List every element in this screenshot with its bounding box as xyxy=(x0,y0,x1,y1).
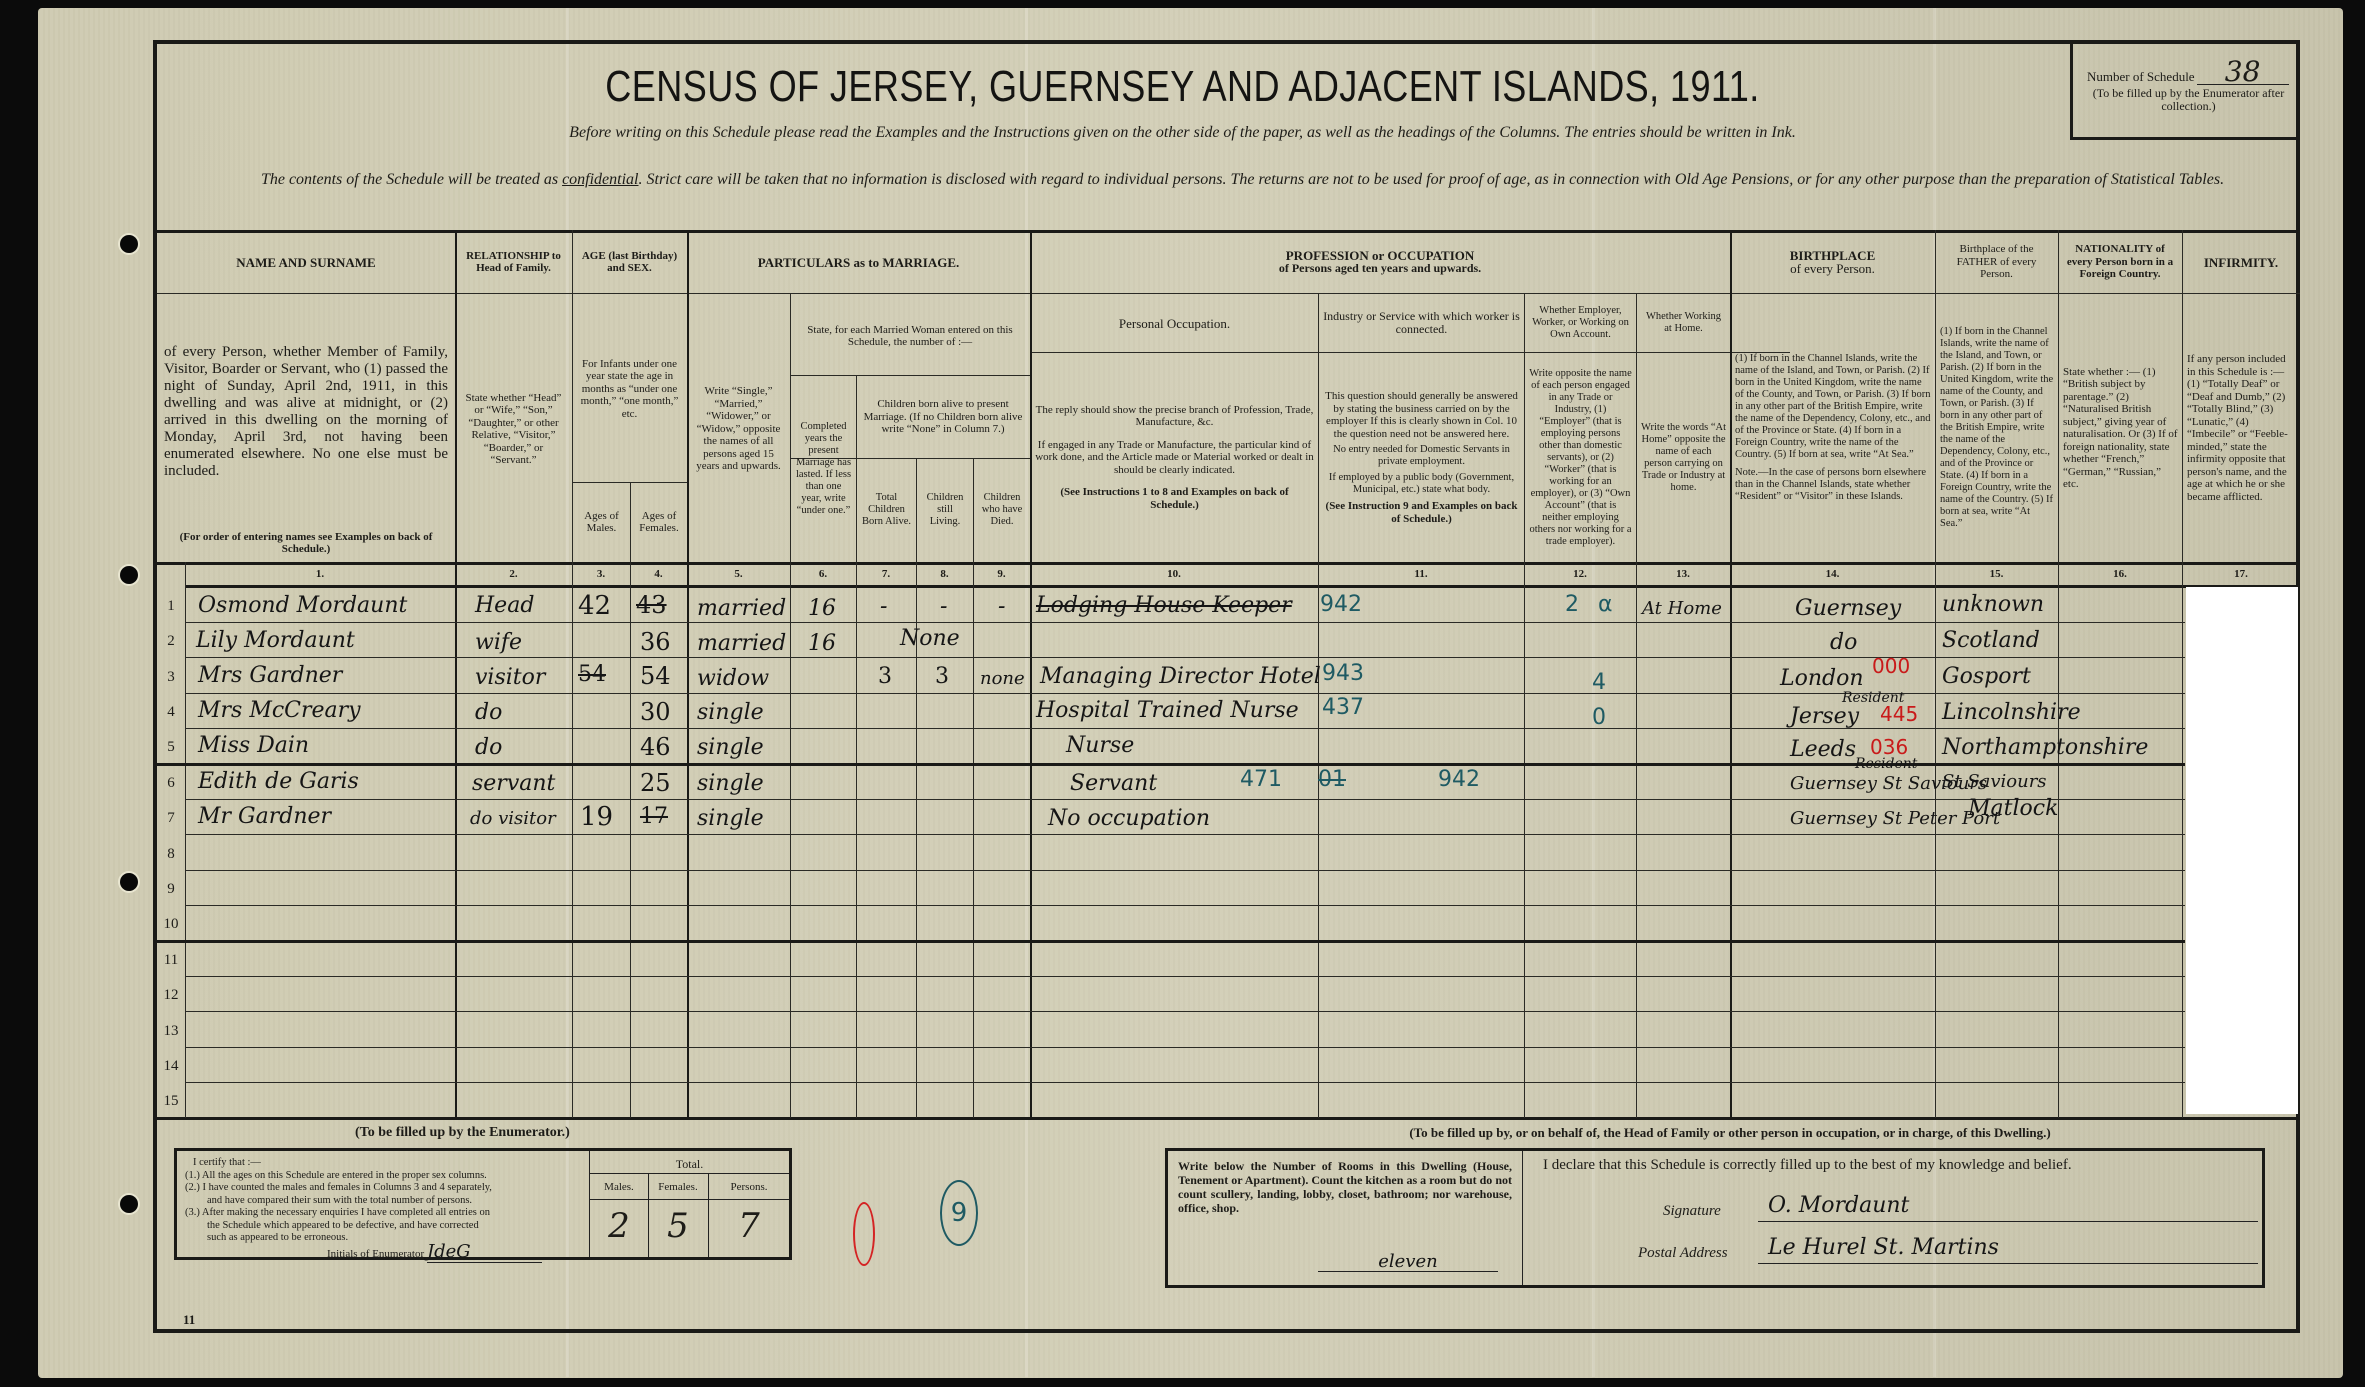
person-age-male-struck: 54 xyxy=(578,662,606,687)
totals-persons-value[interactable]: 7 xyxy=(708,1206,790,1246)
col-number: 17. xyxy=(2182,568,2300,580)
col-number: 13. xyxy=(1636,568,1730,580)
person-relationship[interactable]: visitor xyxy=(475,665,545,690)
name-instructions: of every Person, whether Member of Famil… xyxy=(160,298,452,526)
col-header-father: Birthplace of the FATHER of every Person… xyxy=(1935,232,2058,292)
person-condition[interactable]: married xyxy=(697,631,786,656)
person-name[interactable]: Miss Dain xyxy=(198,733,309,758)
person-name[interactable]: Mrs Gardner xyxy=(198,663,342,688)
row-divider xyxy=(185,799,2185,800)
row-divider xyxy=(185,1047,2185,1048)
home-instructions: Write the words “At Home” opposite the n… xyxy=(1637,355,1730,560)
totals-males-label: Males. xyxy=(590,1181,648,1193)
age-females-header: Ages of Females. xyxy=(631,484,687,560)
birthplace-code: 000 xyxy=(1872,654,1910,678)
col-number: 12. xyxy=(1524,568,1636,580)
row-divider-thick xyxy=(157,940,2185,943)
schedule-number-value[interactable]: 38 xyxy=(2197,60,2289,85)
row-divider xyxy=(185,728,2185,729)
column-number-divider-bottom xyxy=(185,585,2300,588)
children-died-header: Children who have Died. xyxy=(974,460,1030,560)
row-divider xyxy=(185,1011,2185,1012)
col-number: 15. xyxy=(1935,568,2058,580)
initials-label: Initials of Enumerator xyxy=(327,1248,424,1260)
person-condition[interactable]: single xyxy=(697,735,764,760)
industry-desc1: This question should generally be answer… xyxy=(1323,390,1520,440)
children-born-header: Children born alive to present Marriage.… xyxy=(857,377,1029,457)
children-died[interactable]: none xyxy=(980,668,1025,689)
person-name[interactable]: Osmond Mordaunt xyxy=(198,593,407,618)
person-age-female[interactable]: 30 xyxy=(640,698,671,726)
employer-status-mark: α xyxy=(1598,592,1613,617)
children-living[interactable]: - xyxy=(940,594,947,619)
marriage-years[interactable]: 16 xyxy=(808,631,836,656)
birthplace[interactable]: Guernsey xyxy=(1795,596,1901,621)
signature-value[interactable]: O. Mordaunt xyxy=(1768,1193,1909,1218)
row-number: 11 xyxy=(157,952,185,969)
birthplace[interactable]: do xyxy=(1830,630,1857,655)
row-divider xyxy=(185,622,2185,623)
father-birthplace[interactable]: Matlock xyxy=(1968,796,2058,821)
row-number: 1 xyxy=(157,598,185,615)
enumerator-certification-text: I certify that :— (1.) All the ages on t… xyxy=(185,1157,585,1245)
person-age-male[interactable]: 42 xyxy=(578,591,611,621)
person-condition[interactable]: widow xyxy=(697,666,769,691)
row-number-divider xyxy=(185,562,186,1118)
column-number-divider-top xyxy=(157,562,2300,565)
employer-status-code: 4 xyxy=(1592,670,1606,695)
row-number: 12 xyxy=(157,987,185,1004)
person-name[interactable]: Lily Mordaunt xyxy=(196,628,355,653)
person-age-female[interactable]: 46 xyxy=(640,733,671,761)
col-header-infirmity: INFIRMITY. xyxy=(2182,232,2300,292)
signature-line xyxy=(1758,1221,2258,1222)
rooms-count[interactable]: eleven xyxy=(1318,1251,1498,1272)
col-number: 9. xyxy=(973,568,1030,580)
nationality-instructions: State whether :— (1) “British subject by… xyxy=(2059,296,2182,560)
children-total[interactable]: None xyxy=(900,626,960,651)
employer-header: Whether Employer, Worker, or Working on … xyxy=(1525,295,1636,351)
blue-circled-mark: 9 xyxy=(940,1180,978,1246)
father-birthplace[interactable]: St Saviours xyxy=(1942,771,2047,792)
personal-occupation-instructions: The reply should show the precise branch… xyxy=(1031,355,1318,560)
home-header: Whether Working at Home. xyxy=(1637,295,1730,351)
punch-hole xyxy=(120,1195,138,1213)
col-header-age: AGE (last Birthday) and SEX. xyxy=(572,232,687,292)
personal-occupation[interactable]: Servant xyxy=(1070,771,1157,796)
personal-occ-desc2: If engaged in any Trade or Manufacture, … xyxy=(1035,439,1314,477)
head-of-family-box: Write below the Number of Rooms in this … xyxy=(1165,1148,2265,1288)
married-woman-instructions: State, for each Married Woman entered on… xyxy=(791,298,1029,374)
certify-item-2: (2.) I have counted the males and female… xyxy=(185,1182,585,1195)
row-divider xyxy=(185,870,2185,871)
employer-status-code: 0 xyxy=(1592,705,1606,730)
row-number: 4 xyxy=(157,704,185,721)
certify-item-1: (1.) All the ages on this Schedule are e… xyxy=(185,1170,585,1183)
punch-hole xyxy=(120,235,138,253)
marriage-years-header: Completed years the present Marriage has… xyxy=(791,377,856,560)
col-number: 11. xyxy=(1318,568,1524,580)
birthplace-subtitle: of every Person. xyxy=(1790,262,1875,275)
totals-header: Total. xyxy=(590,1157,789,1172)
person-name[interactable]: Edith de Garis xyxy=(198,769,359,794)
person-name[interactable]: Mrs McCreary xyxy=(198,698,361,723)
person-age-female[interactable]: 25 xyxy=(640,769,671,797)
col-number: 14. xyxy=(1730,568,1935,580)
working-at-home[interactable]: At Home xyxy=(1642,598,1722,619)
person-relationship[interactable]: do xyxy=(475,735,502,760)
personal-occ-desc1: The reply should show the precise branch… xyxy=(1035,404,1314,429)
col-header-profession: PROFESSION or OCCUPATION of Persons aged… xyxy=(1030,232,1730,292)
age-infant-instructions: For Infants under one year state the age… xyxy=(573,298,686,480)
personal-occupation[interactable]: No occupation xyxy=(1048,806,1210,831)
certify-item-2-cont: and have compared their sum with the tot… xyxy=(185,1195,585,1208)
col-number: 4. xyxy=(630,568,687,580)
totals-divider xyxy=(590,1199,789,1200)
personal-occupation-header: Personal Occupation. xyxy=(1031,295,1318,351)
totals-females-label: Females. xyxy=(648,1181,708,1193)
industry-header: Industry or Service with which worker is… xyxy=(1319,295,1524,351)
profession-sub-divider xyxy=(1030,352,1790,353)
col-header-name: NAME AND SURNAME xyxy=(157,232,455,292)
person-relationship[interactable]: Head xyxy=(475,593,534,618)
form-title: CENSUS OF JERSEY, GUERNSEY AND ADJACENT … xyxy=(213,62,2152,112)
certify-heading: I certify that :— xyxy=(185,1157,585,1170)
infirmity-instructions: If any person included in this Schedule … xyxy=(2183,296,2300,560)
punch-hole xyxy=(120,873,138,891)
industry-code-struck: 01 xyxy=(1318,767,1346,792)
totals-males-value[interactable]: 2 xyxy=(590,1206,648,1246)
row-divider xyxy=(185,834,2185,835)
instruction-text: Before writing on this Schedule please r… xyxy=(0,124,2365,142)
enumerator-certification-box: I certify that :— (1.) All the ages on t… xyxy=(174,1148,792,1260)
personal-occupation[interactable]: Managing Director Hotel xyxy=(1040,664,1321,689)
occupation-code: 942 xyxy=(1320,592,1362,617)
person-age-female-struck: 43 xyxy=(636,591,667,619)
col-number: 5. xyxy=(687,568,790,580)
occupation-code: 943 xyxy=(1322,661,1364,686)
children-total[interactable]: 3 xyxy=(878,664,892,689)
schedule-number-note: (To be filled up by the Enumerator after… xyxy=(2087,87,2290,113)
person-condition[interactable]: single xyxy=(697,771,764,796)
personal-occ-desc3: (See Instructions 1 to 8 and Examples on… xyxy=(1035,486,1314,511)
birthplace[interactable]: Jersey xyxy=(1790,704,1859,729)
birthplace-desc: (1) If born in the Channel Islands, writ… xyxy=(1735,353,1931,461)
totals-persons-label: Persons. xyxy=(708,1181,790,1193)
occupation-code: 471 xyxy=(1240,767,1282,792)
row-number: 13 xyxy=(157,1023,185,1040)
person-relationship[interactable]: servant xyxy=(472,771,555,796)
row-number: 7 xyxy=(157,810,185,827)
row-number: 15 xyxy=(157,1093,185,1110)
father-birthplace[interactable]: Gosport xyxy=(1942,664,2031,689)
person-relationship[interactable]: do xyxy=(475,700,502,725)
name-order-note: (For order of entering names see Example… xyxy=(160,526,452,560)
industry-desc2: No entry needed for Domestic Servants in… xyxy=(1323,444,1520,468)
person-condition[interactable]: single xyxy=(697,806,764,831)
head-of-family-section-title: (To be filled up by, or on behalf of, th… xyxy=(1205,1125,2255,1141)
birthplace-code: 445 xyxy=(1880,702,1918,726)
row-divider xyxy=(185,905,2185,906)
col-header-nationality: NATIONALITY of every Person born in a Fo… xyxy=(2058,232,2182,292)
red-circled-mark xyxy=(853,1202,875,1266)
header-divider xyxy=(157,293,2300,294)
row-number: 3 xyxy=(157,669,185,686)
col-number: 2. xyxy=(455,568,572,580)
person-condition[interactable]: married xyxy=(697,596,786,621)
person-relationship[interactable]: wife xyxy=(475,630,522,655)
birthplace[interactable]: London xyxy=(1780,666,1864,691)
confidential-word: confidential xyxy=(562,171,638,188)
person-condition[interactable]: single xyxy=(697,700,764,725)
condition-instructions: Write “Single,” “Married,” “Widower,” or… xyxy=(688,298,789,560)
birthplace[interactable]: Leeds xyxy=(1790,737,1856,762)
row-divider xyxy=(185,1082,2185,1083)
birthplace-instructions: (1) If born in the Channel Islands, writ… xyxy=(1731,296,1935,560)
person-age-female[interactable]: 36 xyxy=(640,628,671,656)
marriage-sub-divider xyxy=(790,375,1030,376)
col-number: 8. xyxy=(916,568,973,580)
profession-subtitle: of Persons aged ten years and upwards. xyxy=(1279,262,1481,275)
row-number: 6 xyxy=(157,775,185,792)
certify-item-3-cont: the Schedule which appeared to be defect… xyxy=(185,1220,585,1233)
col-header-relationship: RELATIONSHIP to Head of Family. xyxy=(455,232,572,292)
industry-desc4: (See Instruction 9 and Examples on back … xyxy=(1323,500,1520,525)
col-header-marriage: PARTICULARS as to MARRIAGE. xyxy=(687,232,1030,292)
postal-address-value[interactable]: Le Hurel St. Martins xyxy=(1768,1235,1999,1260)
residence-note: Resident xyxy=(1855,756,1917,772)
col-number: 7. xyxy=(856,568,916,580)
postal-address-line xyxy=(1758,1263,2258,1264)
person-age-female-struck: 17 xyxy=(640,804,668,829)
row-number: 10 xyxy=(157,916,185,933)
marriage-years[interactable]: 16 xyxy=(808,596,836,621)
redacted-infirmity-area xyxy=(2186,587,2298,1114)
totals-divider xyxy=(590,1173,789,1174)
declaration-text: I declare that this Schedule is correctl… xyxy=(1543,1157,2072,1174)
col-header-birthplace: BIRTHPLACE of every Person. xyxy=(1730,232,1935,292)
row-divider xyxy=(185,976,2185,977)
col-number: 6. xyxy=(790,568,856,580)
industry-desc3: If employed by a public body (Government… xyxy=(1323,472,1520,496)
row-number: 8 xyxy=(157,846,185,863)
enumerator-initials[interactable]: JdeG xyxy=(427,1241,542,1263)
children-living-header: Children still Living. xyxy=(917,460,973,560)
col-number: 10. xyxy=(1030,568,1318,580)
confidential-notice: The contents of the Schedule will be tre… xyxy=(185,168,2300,191)
punch-hole xyxy=(120,566,138,584)
confidential-pre: The contents of the Schedule will be tre… xyxy=(261,171,562,188)
row-number: 9 xyxy=(157,881,185,898)
enumerator-section-title: (To be filled up by the Enumerator.) xyxy=(355,1125,570,1141)
signature-label: Signature xyxy=(1663,1203,1721,1220)
col-number: 16. xyxy=(2058,568,2182,580)
totals-females-value[interactable]: 5 xyxy=(648,1206,708,1246)
father-birthplace-instructions: (1) If born in the Channel Islands, writ… xyxy=(1936,296,2058,560)
person-age-male[interactable]: 19 xyxy=(580,802,613,832)
employer-status-code: 2 xyxy=(1565,592,1579,617)
row-number: 5 xyxy=(157,739,185,756)
children-living[interactable]: 3 xyxy=(935,664,949,689)
schedule-number-box: Number of Schedule38 (To be filled up by… xyxy=(2070,40,2300,140)
father-birthplace[interactable]: unknown xyxy=(1942,592,2044,617)
schedule-number-label: Number of Schedule xyxy=(2087,70,2195,84)
father-birthplace[interactable]: Scotland xyxy=(1942,628,2040,653)
occupation-code: 437 xyxy=(1322,695,1364,720)
personal-occupation[interactable]: Lodging House Keeper xyxy=(1036,593,1292,618)
certify-item-3: (3.) After making the necessary enquirie… xyxy=(185,1207,585,1220)
personal-occupation[interactable]: Hospital Trained Nurse xyxy=(1036,698,1299,723)
age-males-header: Ages of Males. xyxy=(573,484,630,560)
person-name[interactable]: Mr Gardner xyxy=(198,804,331,829)
relationship-instructions: State whether “Head” or “Wife,” “Son,” “… xyxy=(456,298,571,560)
father-birthplace[interactable]: Lincolnshire xyxy=(1942,700,2081,725)
children-died[interactable]: - xyxy=(998,594,1005,619)
personal-occupation[interactable]: Nurse xyxy=(1066,733,1134,758)
industry-code: 942 xyxy=(1438,767,1480,792)
rooms-text: Write below the Number of Rooms in this … xyxy=(1178,1159,1512,1215)
industry-instructions: This question should generally be answer… xyxy=(1319,355,1524,560)
row-number: 2 xyxy=(157,633,185,650)
col-number: 3. xyxy=(572,568,630,580)
enumerator-initials-field: Initials of Enumerator JdeG xyxy=(327,1241,542,1263)
totals-table: Total. Males. Females. Persons. 2 5 7 xyxy=(589,1151,789,1257)
rooms-underline xyxy=(1318,1271,1498,1272)
children-total-header: Total Children Born Alive. xyxy=(857,460,916,560)
postal-address-label: Postal Address xyxy=(1638,1245,1728,1262)
father-birthplace[interactable]: Northamptonshire xyxy=(1942,735,2148,760)
birthplace-note: Note.—In the case of persons born elsewh… xyxy=(1735,467,1931,503)
person-relationship[interactable]: do visitor xyxy=(470,808,556,829)
page-number: 11 xyxy=(183,1312,195,1328)
col-number: 1. xyxy=(185,568,455,580)
confidential-post: . Strict care will be taken that no info… xyxy=(639,171,2225,188)
children-total[interactable]: - xyxy=(880,594,887,619)
row-number: 14 xyxy=(157,1058,185,1075)
employer-instructions: Write opposite the name of each person e… xyxy=(1525,355,1636,560)
person-age-female[interactable]: 54 xyxy=(640,662,671,690)
